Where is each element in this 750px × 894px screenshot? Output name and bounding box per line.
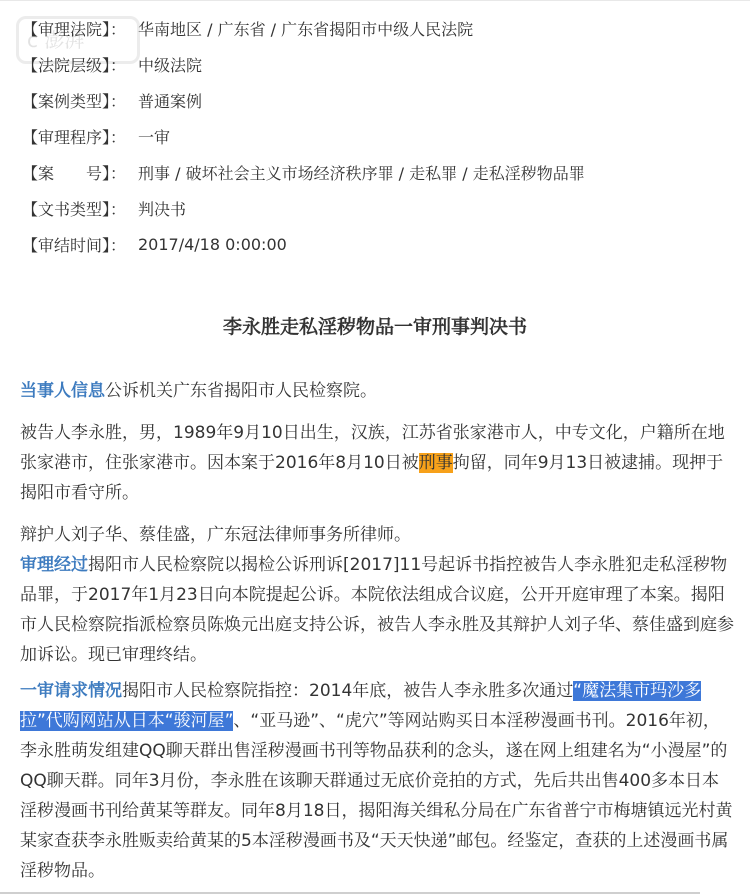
case-metadata: 【审理法院】： 华南地区 / 广东省 / 广东省揭阳市中级人民法院 【法院层级】… [22,10,585,262]
meta-value: 2017/4/18 0:00:00 [138,235,287,254]
meta-label: 【法院层级】： [22,53,138,76]
meta-value: 华南地区 / 广东省 / 广东省揭阳市中级人民法院 [138,17,473,40]
meta-value: 中级法院 [138,53,202,76]
trial-section: 审理经过揭阳市人民检察院以揭检公诉刑诉[2017]11号起诉书指控被告人李永胜犯… [20,550,734,670]
prosecutor-text: 公诉机关广东省揭阳市人民检察院。 [105,381,377,401]
meta-label: 【审结时间】： [22,233,138,256]
meta-row-procedure: 【审理程序】： 一审 [22,118,585,154]
claims-text-post: 、“亚马逊”、“虎穴”等网站购买日本淫秽漫画书刊。2016年初，李永胜萌发组建Q… [20,711,732,881]
meta-label: 【案 号】： [22,161,138,184]
document-title: 李永胜走私淫秽物品一审刑事判决书 [0,312,750,339]
trial-paragraph: 审理经过揭阳市人民检察院以揭检公诉刑诉[2017]11号起诉书指控被告人李永胜犯… [20,550,734,670]
meta-row-doc-type: 【文书类型】： 判决书 [22,190,585,226]
section-heading-claims: 一审请求情况 [20,681,122,701]
meta-row-closing-time: 【审结时间】： 2017/4/18 0:00:00 [22,226,585,262]
meta-label: 【审理程序】： [22,125,138,148]
prosecutor-paragraph: 当事人信息公诉机关广东省揭阳市人民检察院。 [20,376,734,406]
claims-paragraph[interactable]: 一审请求情况揭阳市人民检察院指控：2014年底，被告人李永胜多次通过“魔法集市玛… [20,676,734,886]
top-divider [0,0,750,1]
meta-row-court-level: 【法院层级】： 中级法院 [22,46,585,82]
meta-label: 【审理法院】： [22,17,138,40]
claims-section: 一审请求情况揭阳市人民检察院指控：2014年底，被告人李永胜多次通过“魔法集市玛… [20,676,734,886]
section-heading-trial: 审理经过 [20,555,88,575]
meta-row-cause: 【案 号】： 刑事 / 破坏社会主义市场经济秩序罪 / 走私罪 / 走私淫秽物品… [22,154,585,190]
meta-value: 刑事 / 破坏社会主义市场经济秩序罪 / 走私罪 / 走私淫秽物品罪 [138,161,585,184]
trial-text: 揭阳市人民检察院以揭检公诉刑诉[2017]11号起诉书指控被告人李永胜犯走私淫秽… [20,555,734,665]
meta-value: 判决书 [138,197,186,220]
defenders-paragraph: 辩护人刘子华、蔡佳盛，广东冠法律师事务所律师。 [20,520,734,550]
meta-value: 普通案例 [138,89,202,112]
meta-row-case-type: 【案例类型】： 普通案例 [22,82,585,118]
defendant-paragraph: 被告人李永胜，男，1989年9月10日出生，汉族，江苏省张家港市人，中专文化，户… [20,418,734,508]
meta-value: 一审 [138,125,170,148]
section-heading-parties: 当事人信息 [20,381,105,401]
claims-text-pre: 揭阳市人民检察院指控：2014年底，被告人李永胜多次通过 [122,681,573,701]
meta-label: 【案例类型】： [22,89,138,112]
search-highlight: 刑事 [419,453,453,473]
parties-section: 当事人信息公诉机关广东省揭阳市人民检察院。 被告人李永胜，男，1989年9月10… [20,376,734,550]
meta-row-court: 【审理法院】： 华南地区 / 广东省 / 广东省揭阳市中级人民法院 [22,10,585,46]
meta-label: 【文书类型】： [22,197,138,220]
